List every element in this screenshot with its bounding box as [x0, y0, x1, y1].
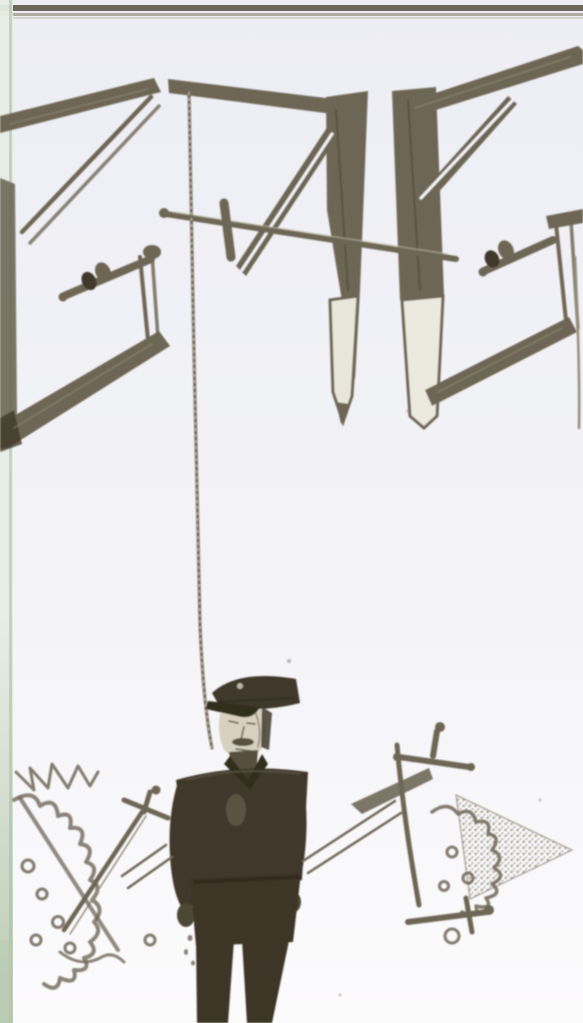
crank-tip-left [59, 293, 68, 302]
scan-top-border-line3 [0, 17, 583, 19]
cap-badge [237, 683, 243, 689]
chest-highlight [226, 794, 246, 826]
scan-left-edge-line [9, 0, 12, 1023]
right-eye [247, 723, 255, 724]
speck [539, 799, 542, 802]
gallows-left-edge-post [0, 178, 17, 442]
scan-corner-green [0, 940, 13, 1023]
dagger-grip [433, 731, 437, 756]
center-post-right-base [402, 296, 443, 428]
drip-3 [191, 961, 195, 966]
drip-1 [188, 935, 193, 941]
trousers-left-leg [196, 938, 234, 1023]
guard-ball-2 [467, 763, 475, 771]
crank-bar-knob [159, 208, 169, 218]
mustache [232, 738, 254, 746]
hips [190, 873, 301, 946]
bottom-bar-knob [484, 905, 494, 915]
drip-2 [184, 949, 188, 955]
speck [339, 994, 342, 997]
speck [287, 659, 291, 663]
scan-top-border-line2 [0, 13, 583, 16]
sword-pommel [152, 786, 161, 795]
illustration-svg [0, 0, 583, 1023]
scanned-illustration [0, 0, 583, 1023]
crank-tip-right [479, 268, 488, 277]
scan-top-border [0, 5, 583, 11]
left-hand [177, 903, 195, 927]
speck [406, 410, 409, 413]
